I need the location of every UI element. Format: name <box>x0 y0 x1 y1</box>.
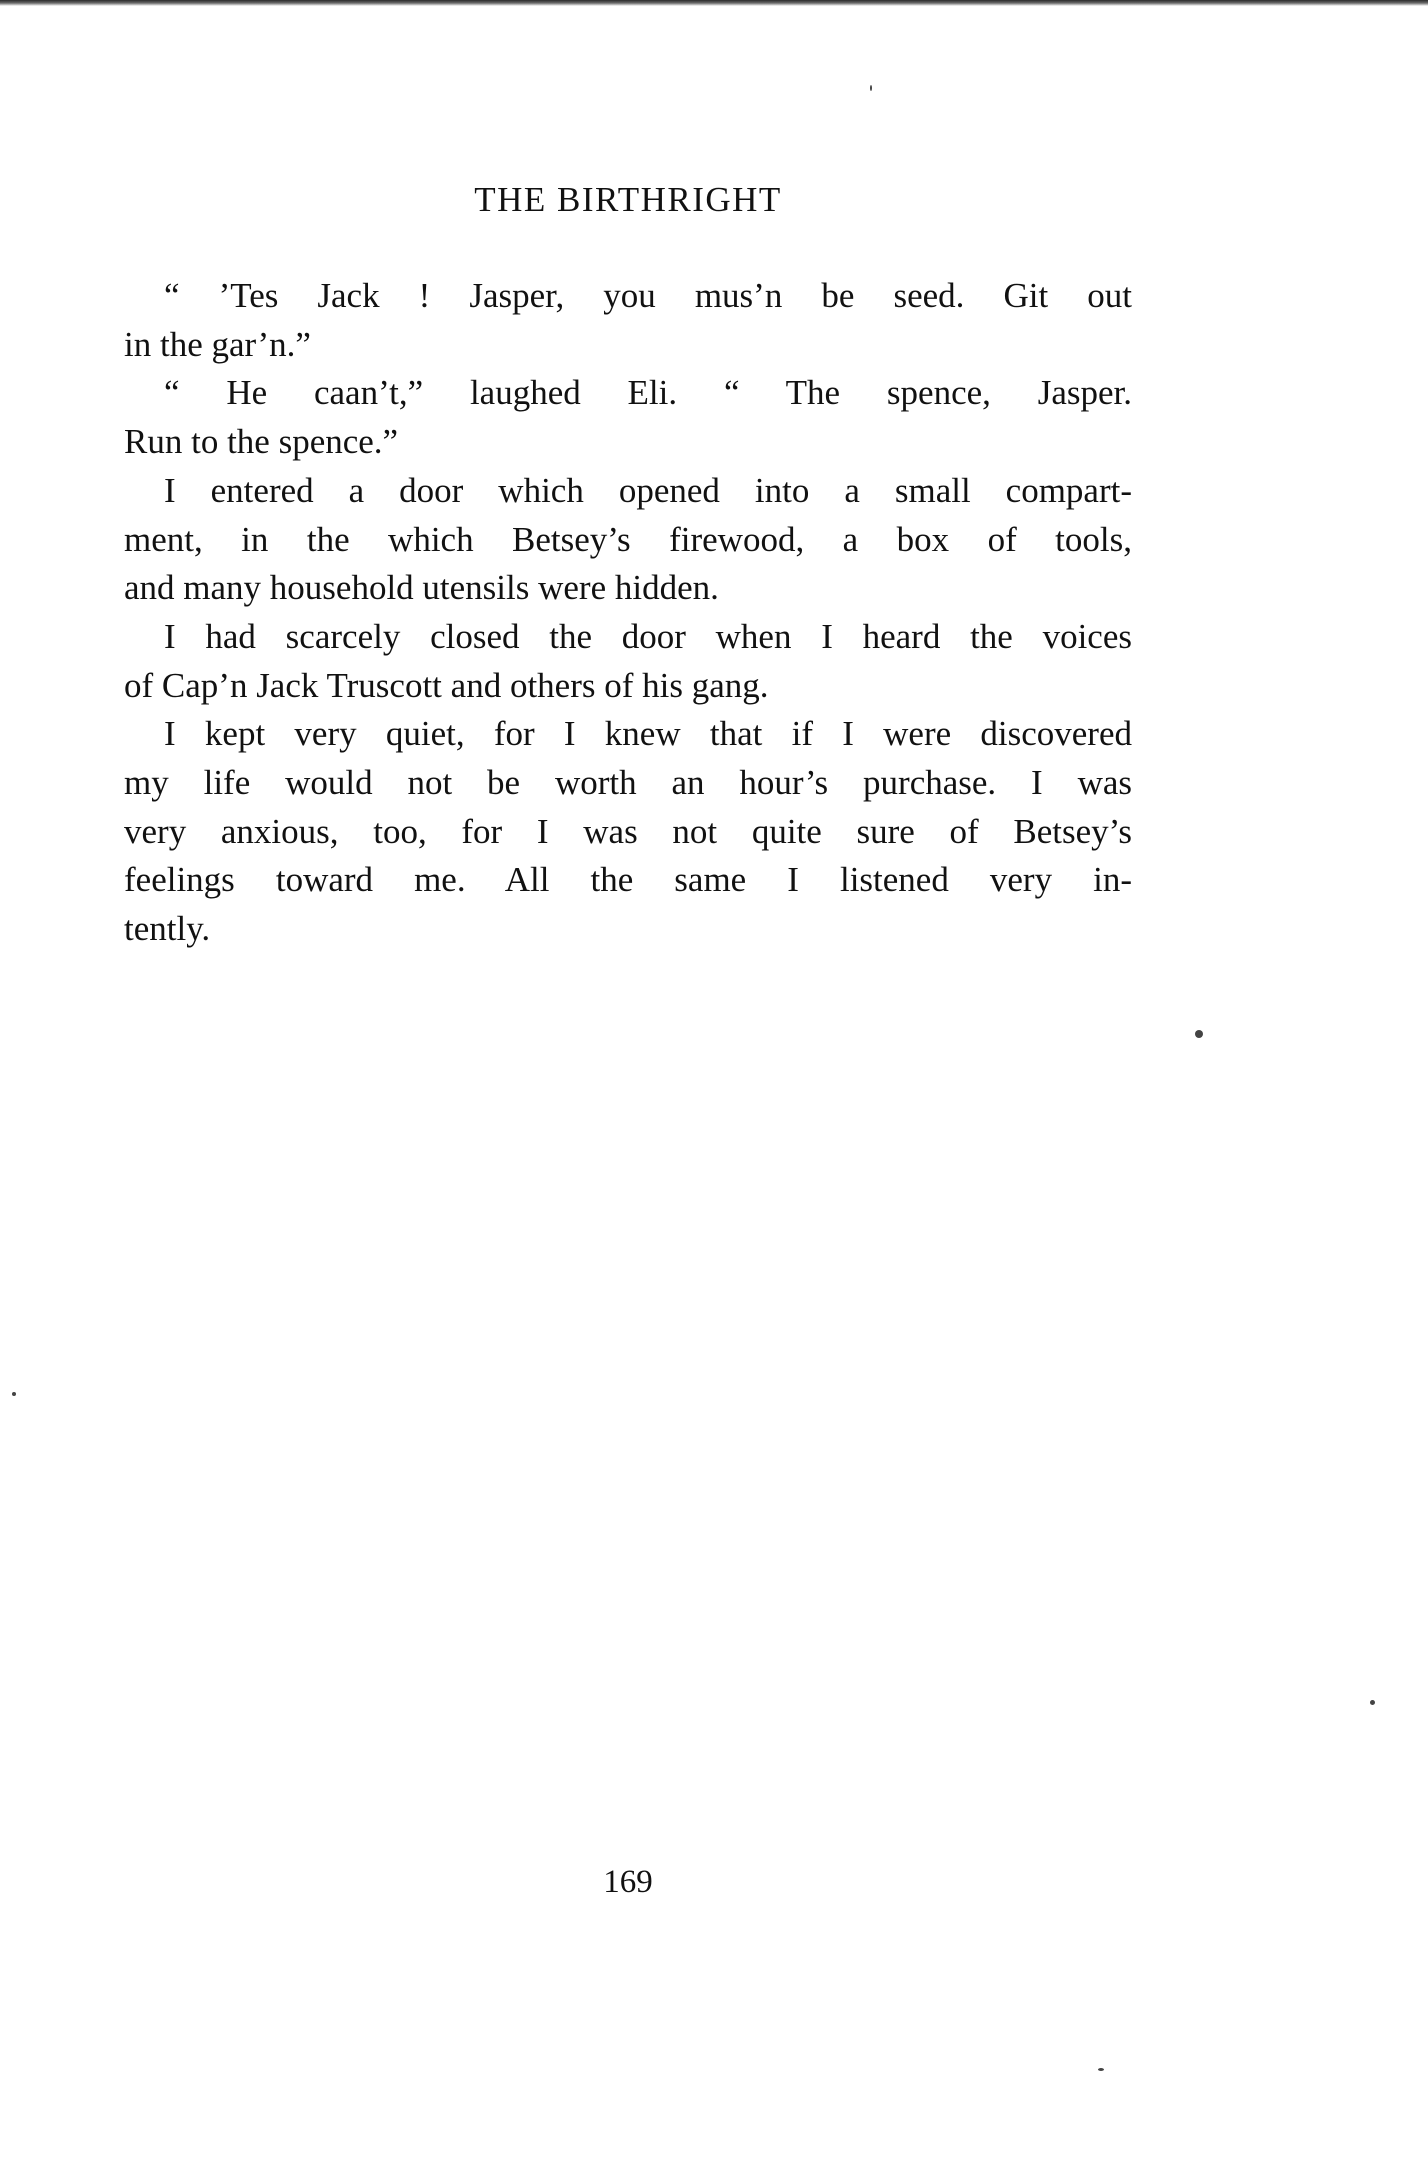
paragraph-4: I had scarcely closed the door when I he… <box>124 613 1132 710</box>
text-line: my life would not be worth an hour’s pur… <box>124 759 1132 808</box>
text-line: I kept very quiet, for I knew that if I … <box>124 710 1132 759</box>
text-line: very anxious, too, for I was not quite s… <box>124 808 1132 857</box>
scan-top-edge <box>0 0 1428 6</box>
text-line: in the gar’n.” <box>124 321 1132 370</box>
running-head: THE BIRTHRIGHT <box>0 178 1256 222</box>
paragraph-3: I entered a door which opened into a sma… <box>124 467 1132 613</box>
text-line: feelings toward me. All the same I liste… <box>124 856 1132 905</box>
paragraph-1: “ ’Tes Jack ! Jasper, you mus’n be seed.… <box>124 272 1132 369</box>
text-line: of Cap’n Jack Truscott and others of his… <box>124 662 1132 711</box>
text-line: ment, in the which Betsey’s firewood, a … <box>124 516 1132 565</box>
text-line: tently. <box>124 905 1132 954</box>
body-text: “ ’Tes Jack ! Jasper, you mus’n be seed.… <box>124 272 1132 954</box>
scan-speck <box>870 85 872 91</box>
text-line: “ He caan’t,” laughed Eli. “ The spence,… <box>124 369 1132 418</box>
text-line: I entered a door which opened into a sma… <box>124 467 1132 516</box>
text-line: I had scarcely closed the door when I he… <box>124 613 1132 662</box>
text-line: Run to the spence.” <box>124 418 1132 467</box>
text-line: “ ’Tes Jack ! Jasper, you mus’n be seed.… <box>124 272 1132 321</box>
page-number: 169 <box>0 1864 1256 1901</box>
paragraph-2: “ He caan’t,” laughed Eli. “ The spence,… <box>124 369 1132 466</box>
paragraph-5: I kept very quiet, for I knew that if I … <box>124 710 1132 954</box>
scan-speck <box>1098 2068 1104 2071</box>
scan-speck <box>12 1392 16 1396</box>
scan-speck <box>1195 1030 1203 1038</box>
scan-speck <box>1370 1700 1375 1705</box>
text-line: and many household utensils were hidden. <box>124 564 1132 613</box>
